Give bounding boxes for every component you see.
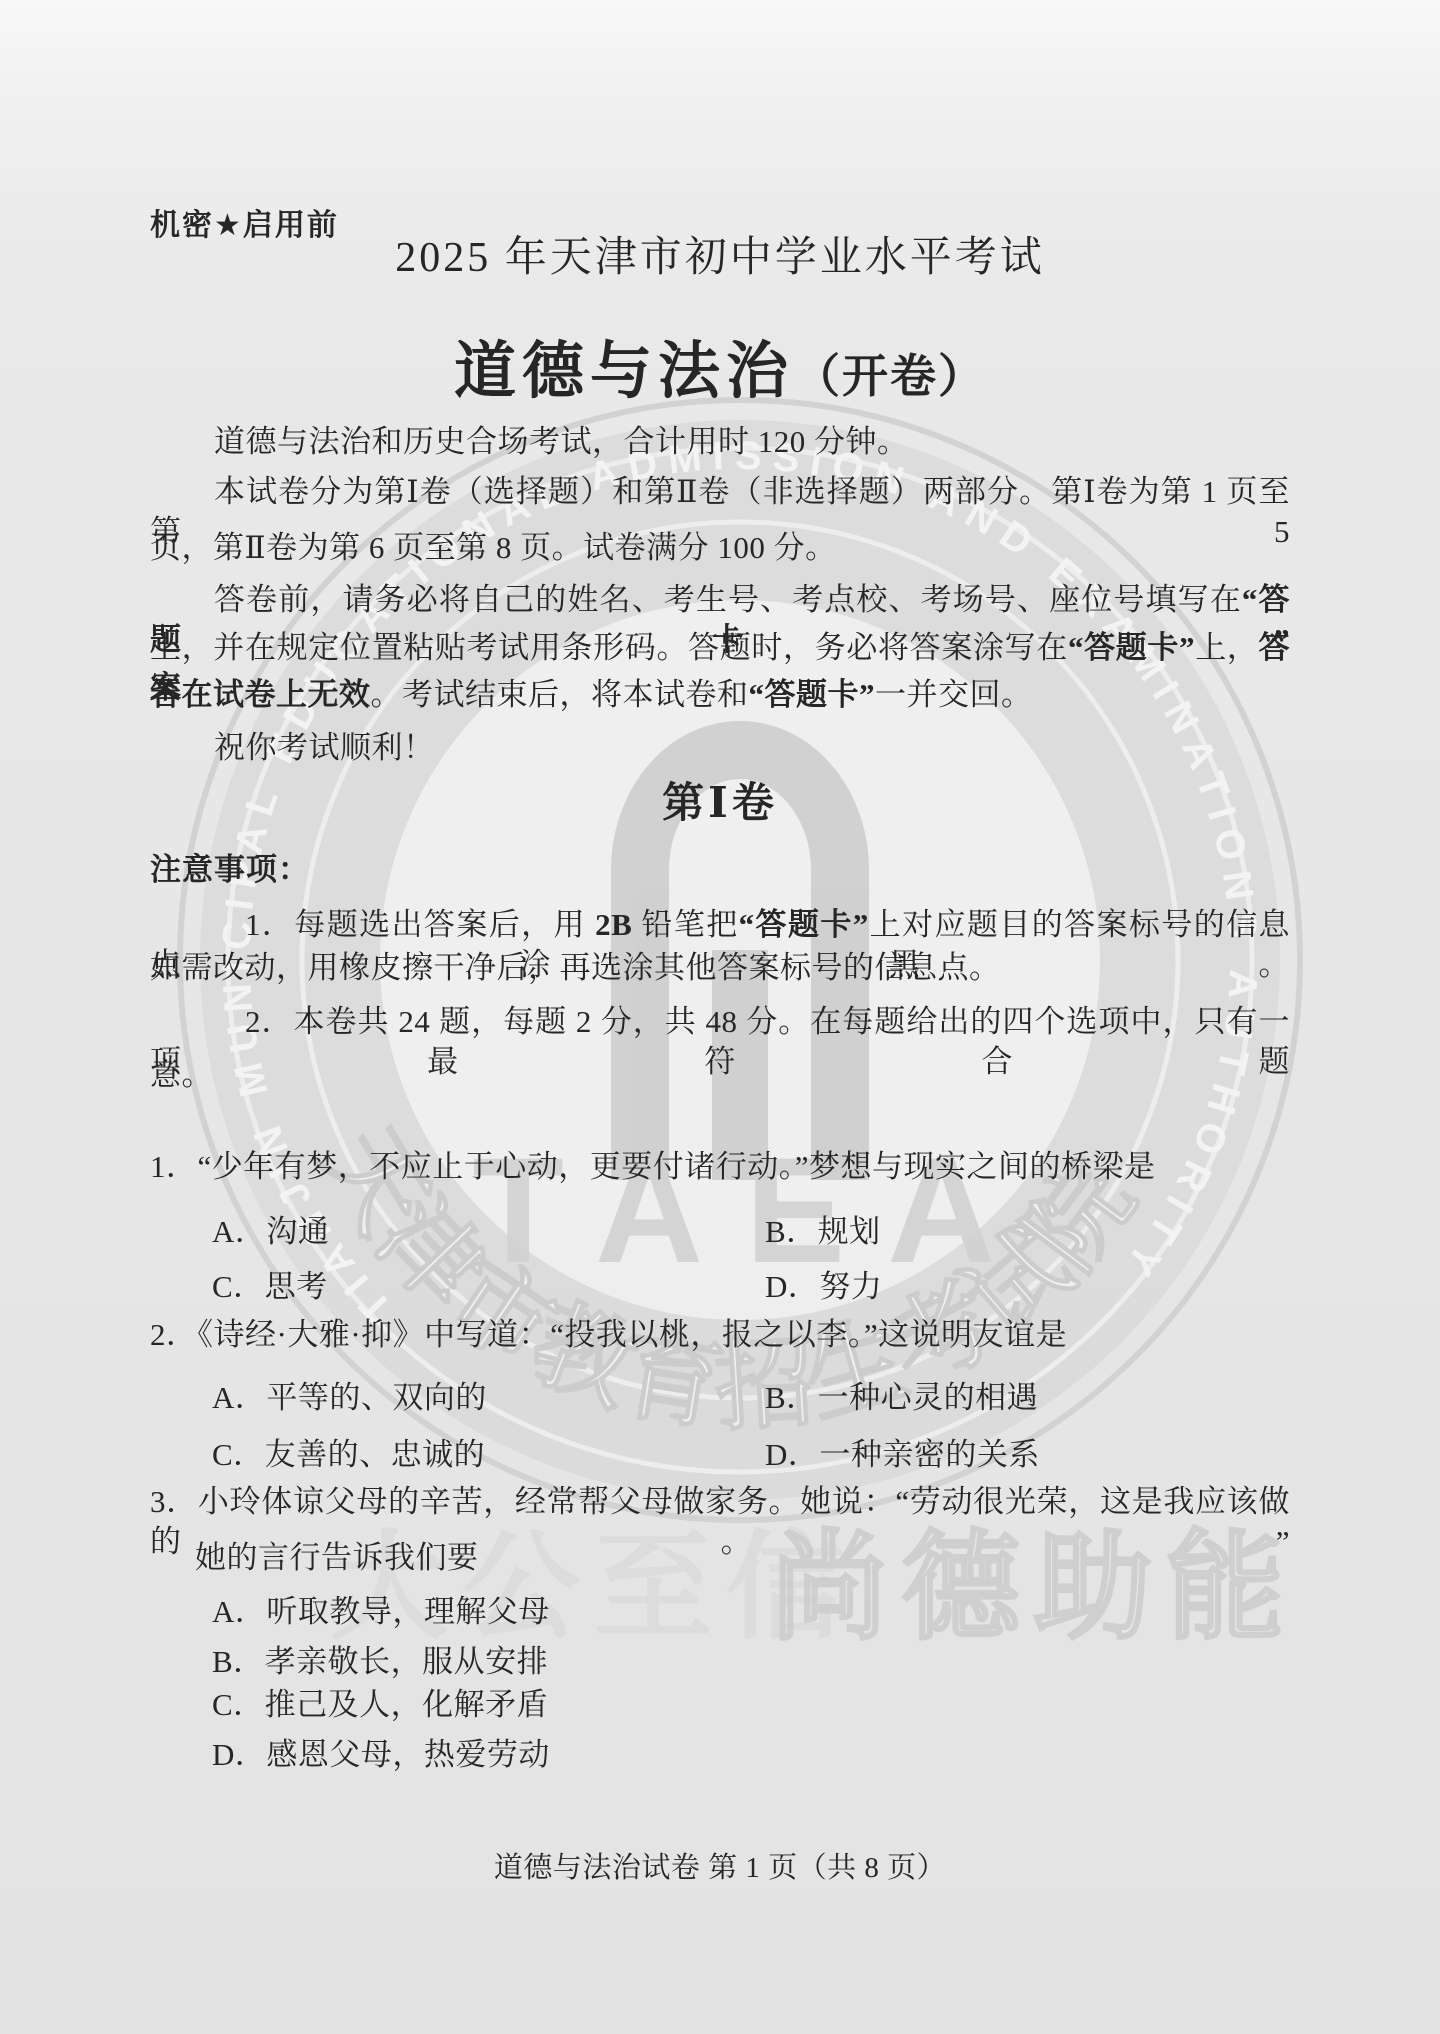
question-2-option-a: A．平等的、双向的 — [212, 1378, 487, 1418]
question-3-option-a: A．听取教导，理解父母 — [212, 1592, 550, 1632]
notes-title: 注意事项： — [150, 850, 1290, 890]
note-text: 1．每题选出答案后，用 — [245, 907, 595, 942]
pencil-2b-bold: 2B — [595, 907, 632, 942]
intro-text: 上， — [1195, 630, 1258, 665]
note-text: 铅笔把 — [632, 907, 738, 942]
document-content: 机密★启用前 2025 年天津市初中学业水平考试 道德与法治（开卷） 道德与法治… — [0, 0, 1440, 2034]
exam-title: 2025 年天津市初中学业水平考试 — [0, 232, 1440, 284]
question-2-option-b: B．一种心灵的相遇 — [765, 1378, 1038, 1418]
note-1-line-2: 如需改动，用橡皮擦干净后，再选涂其他答案标号的信息点。 — [150, 948, 1290, 988]
question-3-option-b: B．孝亲敬长，服从安排 — [212, 1642, 548, 1682]
intro-text: 上，并在规定位置粘贴考试用条形码。答题时，务必将答案涂写在 — [150, 630, 1068, 665]
question-1-option-a: A．沟通 — [212, 1212, 329, 1252]
question-2-option-c: C．友善的、忠诚的 — [212, 1435, 485, 1475]
exam-paper-page: TIANJIN MUNICIPAL EDUCATIONAL ADMISSION … — [0, 0, 1440, 2034]
section-heading-part1: 第Ⅰ卷 — [0, 778, 1440, 830]
question-1-option-d: D．努力 — [765, 1267, 882, 1307]
question-3-option-c: C．推己及人，化解矛盾 — [212, 1685, 548, 1725]
subject-title-suffix: （开卷） — [794, 350, 986, 402]
question-1-option-c: C．思考 — [212, 1267, 328, 1307]
question-3-stem-line-2: 她的言行告诉我们要 — [195, 1538, 1290, 1578]
intro-line-answer-3: 答在试卷上无效。考试结束后，将本试卷和“答题卡”一并交回。 — [150, 675, 1290, 715]
question-2-stem: 2．《诗经·大雅·抑》中写道：“投我以桃，报之以李。”这说明友谊是 — [150, 1315, 1290, 1355]
invalid-on-paper-bold: 答在试卷上无效 — [150, 677, 371, 712]
answer-card-bold: “答题卡” — [749, 677, 876, 712]
good-luck-line: 祝你考试顺利！ — [150, 728, 1290, 768]
subject-title: 道德与法治（开卷） — [0, 334, 1440, 414]
answer-card-bold: “答题卡” — [739, 907, 869, 942]
intro-text: 。考试结束后，将本试卷和 — [371, 677, 749, 712]
answer-card-bold: “答题卡” — [1068, 630, 1195, 665]
subject-title-main: 道德与法治 — [454, 337, 794, 406]
intro-text: 一并交回。 — [875, 677, 1033, 712]
intro-text: 答卷前，请务必将自己的姓名、考生号、考点校、考场号、座位号填写在 — [214, 582, 1242, 617]
intro-line-structure-2: 页，第Ⅱ卷为第 6 页至第 8 页。试卷满分 100 分。 — [150, 528, 1290, 568]
question-3-option-d: D．感恩父母，热爱劳动 — [212, 1735, 550, 1775]
intro-line-duration: 道德与法治和历史合场考试，合计用时 120 分钟。 — [150, 422, 1290, 462]
question-1-stem: 1．“少年有梦，不应止于心动，更要付诸行动。”梦想与现实之间的桥梁是 — [150, 1147, 1290, 1187]
question-1-option-b: B．规划 — [765, 1212, 881, 1252]
note-2-line-2: 意。 — [150, 1055, 1290, 1095]
question-2-option-d: D．一种亲密的关系 — [765, 1435, 1040, 1475]
page-footer: 道德与法治试卷 第 1 页（共 8 页） — [0, 1849, 1440, 1887]
